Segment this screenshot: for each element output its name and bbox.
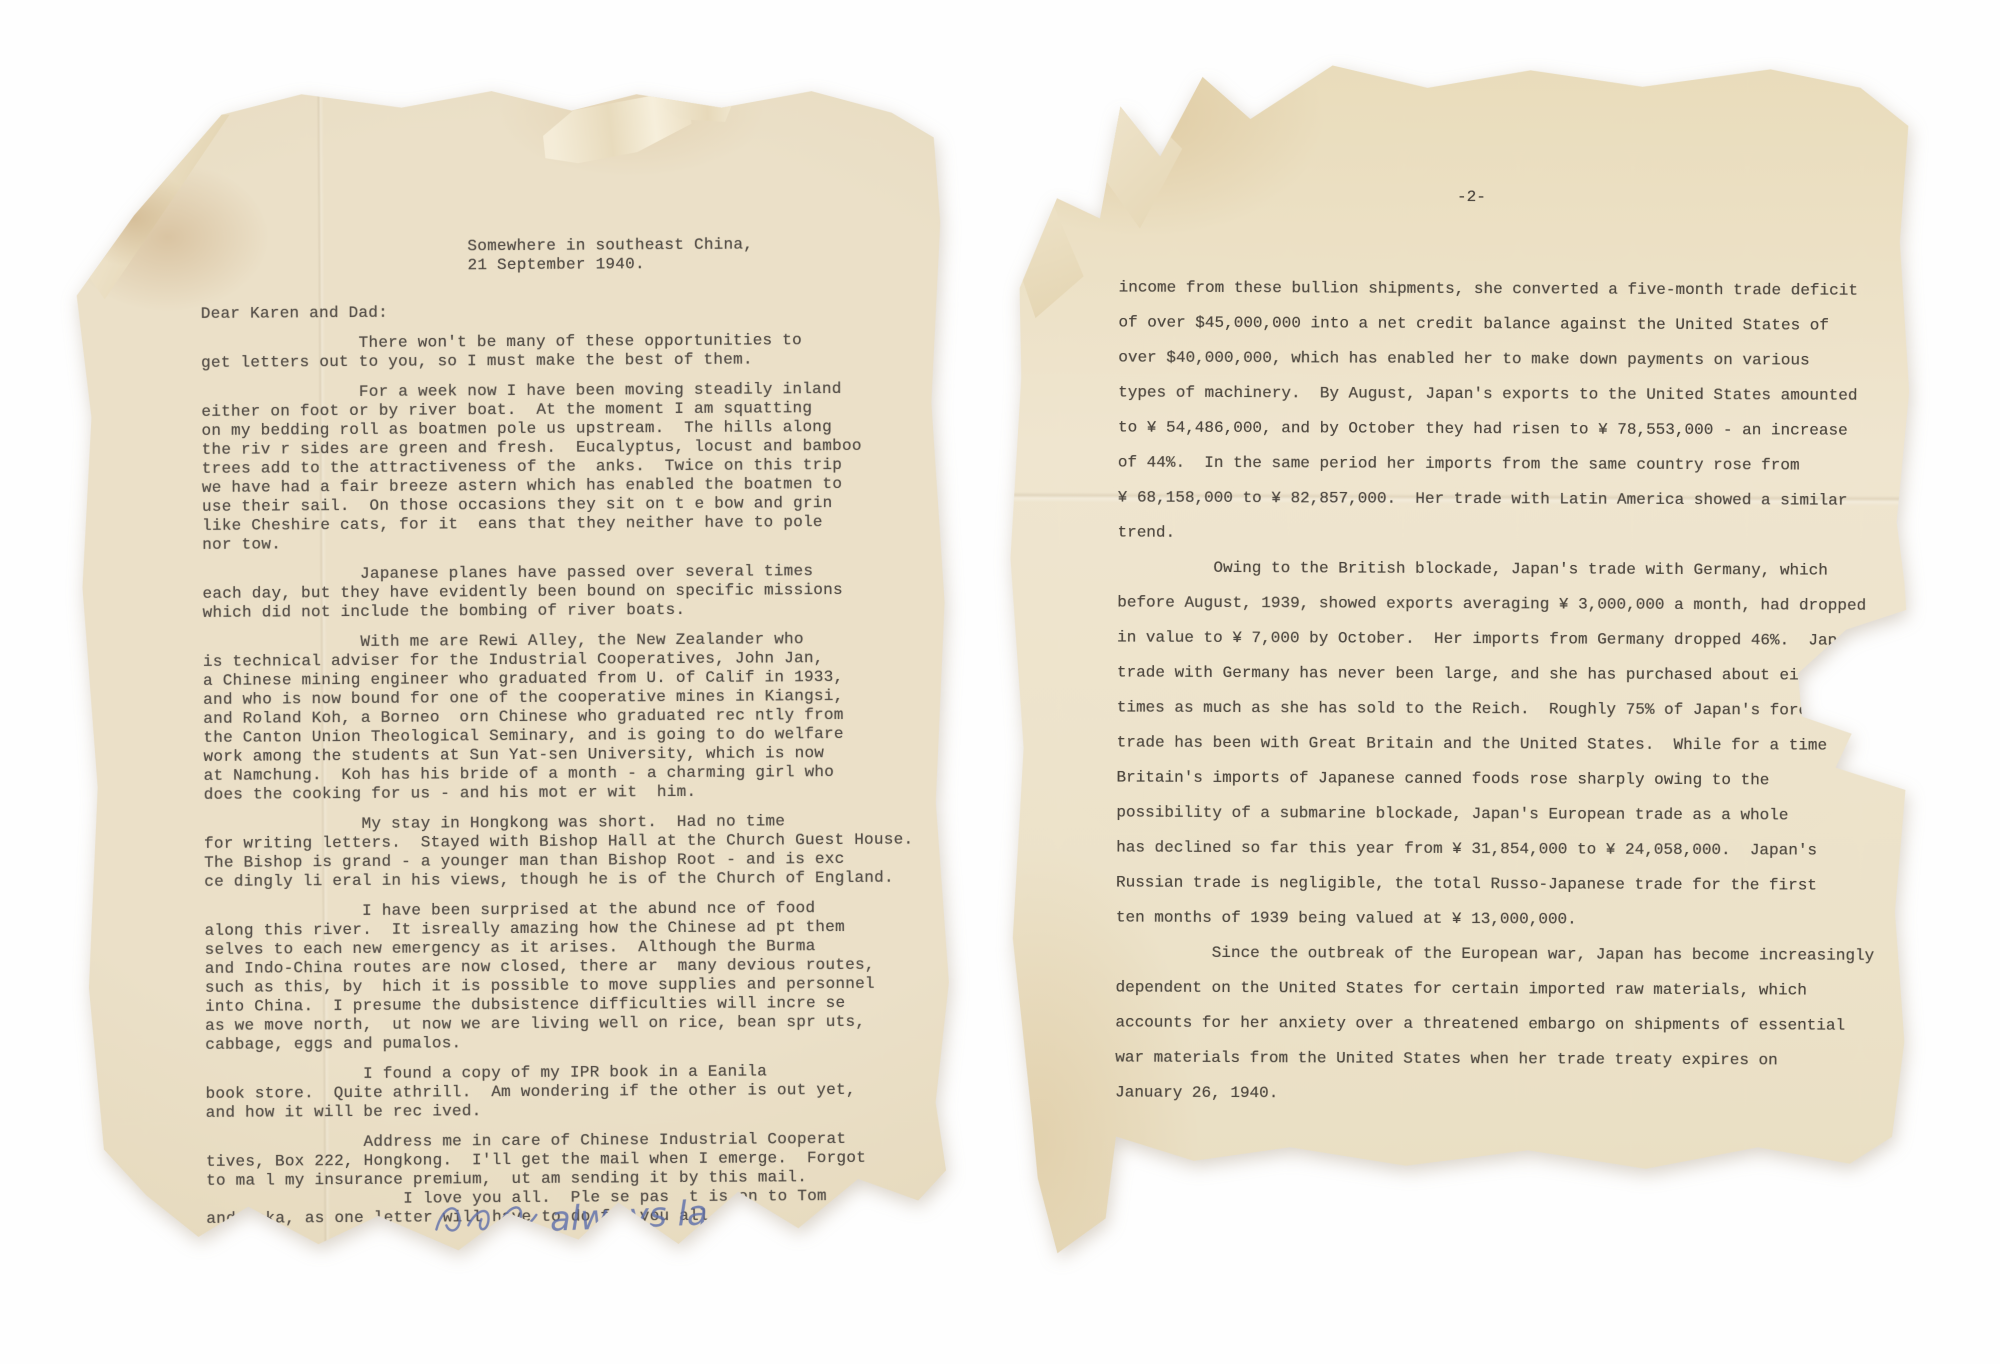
page-number: -2- bbox=[1457, 188, 1486, 207]
letter-page-1-paper: Somewhere in southeast China, 21 Septemb… bbox=[71, 82, 953, 1262]
handwritten-signature-text: always la bbox=[549, 1193, 708, 1239]
letter-page-2-body: income from these bullion shipments, she… bbox=[1115, 271, 1877, 1114]
letter-page-1-body: Dear Karen and Dad: There won't be many … bbox=[201, 301, 916, 1229]
torn-paper-flap bbox=[1011, 206, 1083, 318]
letter-dateline: Somewhere in southeast China, 21 Septemb… bbox=[467, 236, 753, 276]
handwritten-signature: always la bbox=[426, 1171, 767, 1265]
tape-piece-icon bbox=[534, 75, 703, 179]
letter-page-2-paper: -2- income from these bullion shipments,… bbox=[997, 58, 1922, 1267]
letter-page-1: Somewhere in southeast China, 21 Septemb… bbox=[71, 82, 953, 1262]
torn-paper-flap bbox=[1090, 86, 1183, 228]
photographed-letter-scan: { "page1": { "heading_lines": [ "Somewhe… bbox=[0, 0, 2000, 1364]
folded-corner-top-left bbox=[72, 107, 243, 306]
letter-page-2: -2- income from these bullion shipments,… bbox=[997, 58, 1922, 1267]
